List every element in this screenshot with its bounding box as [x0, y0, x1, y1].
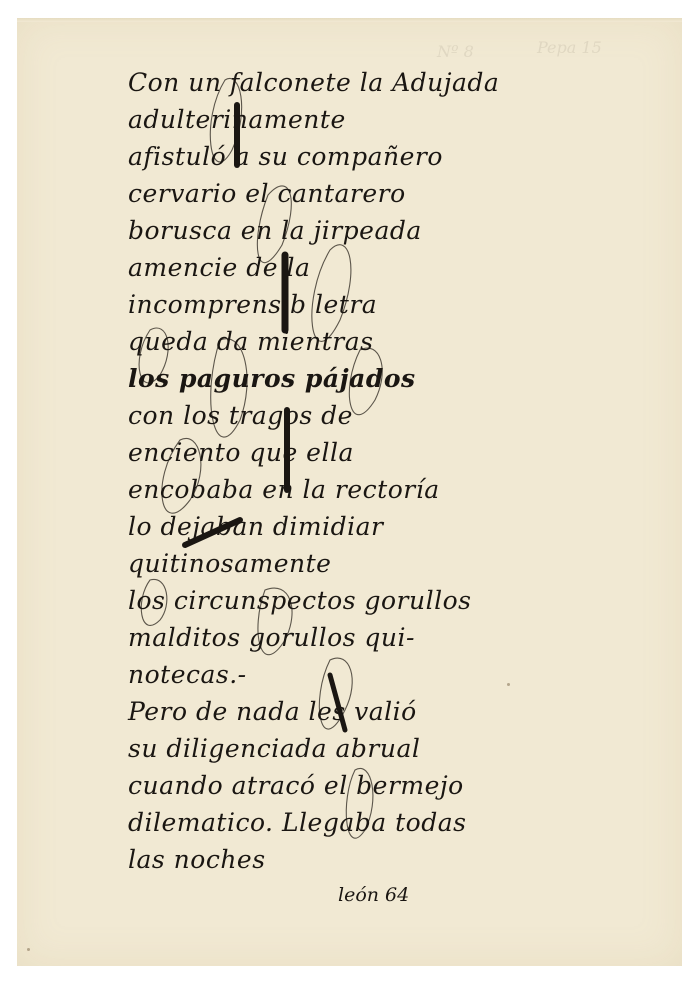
poem-line: Pero de nada les valió [128, 693, 458, 730]
poem-line: notecas.- [128, 656, 458, 693]
poem-line: cuando atracó el bermejo [128, 767, 458, 804]
poem-text-block: Con un falconete la Adujada adulteriname… [128, 64, 458, 878]
paper-top-edge [17, 18, 682, 22]
poem-line: incomprensib letra [128, 286, 458, 323]
poem-line: cervario el cantarero [128, 175, 458, 212]
faint-margin-note: Nº 8 [437, 42, 474, 61]
poem-line: quitinosamente [128, 545, 458, 582]
poem-line: afistuló a su compañero [128, 138, 458, 175]
paper-speck [507, 683, 510, 686]
poem-line: dilematico. Llegaba todas [128, 804, 458, 841]
poem-line: lo dejaban dimidiar [128, 508, 458, 545]
poem-line: Con un falconete la Adujada [128, 64, 458, 101]
poem-line: los paguros pájados [128, 360, 458, 397]
poem-line: borusca en la jirpeada [128, 212, 458, 249]
poem-line: amencie de la [128, 249, 458, 286]
paper-speck [27, 948, 30, 951]
poem-line: enciento que ella [128, 434, 458, 471]
poem-line: encobaba en la rectoría [128, 471, 458, 508]
poem-line: queda da mientras [128, 323, 458, 360]
poem-line: su diligenciada abrual [128, 730, 458, 767]
poem-line: adulterinamente [128, 101, 458, 138]
poem-line: con los tragos de [128, 397, 458, 434]
poem-line: las noches [128, 841, 458, 878]
signature: león 64 [338, 884, 409, 906]
poem-line: los circunspectos gorullos [128, 582, 458, 619]
poem-line: malditos gorullos qui- [128, 619, 458, 656]
faint-margin-note: Pepa 15 [537, 38, 602, 57]
